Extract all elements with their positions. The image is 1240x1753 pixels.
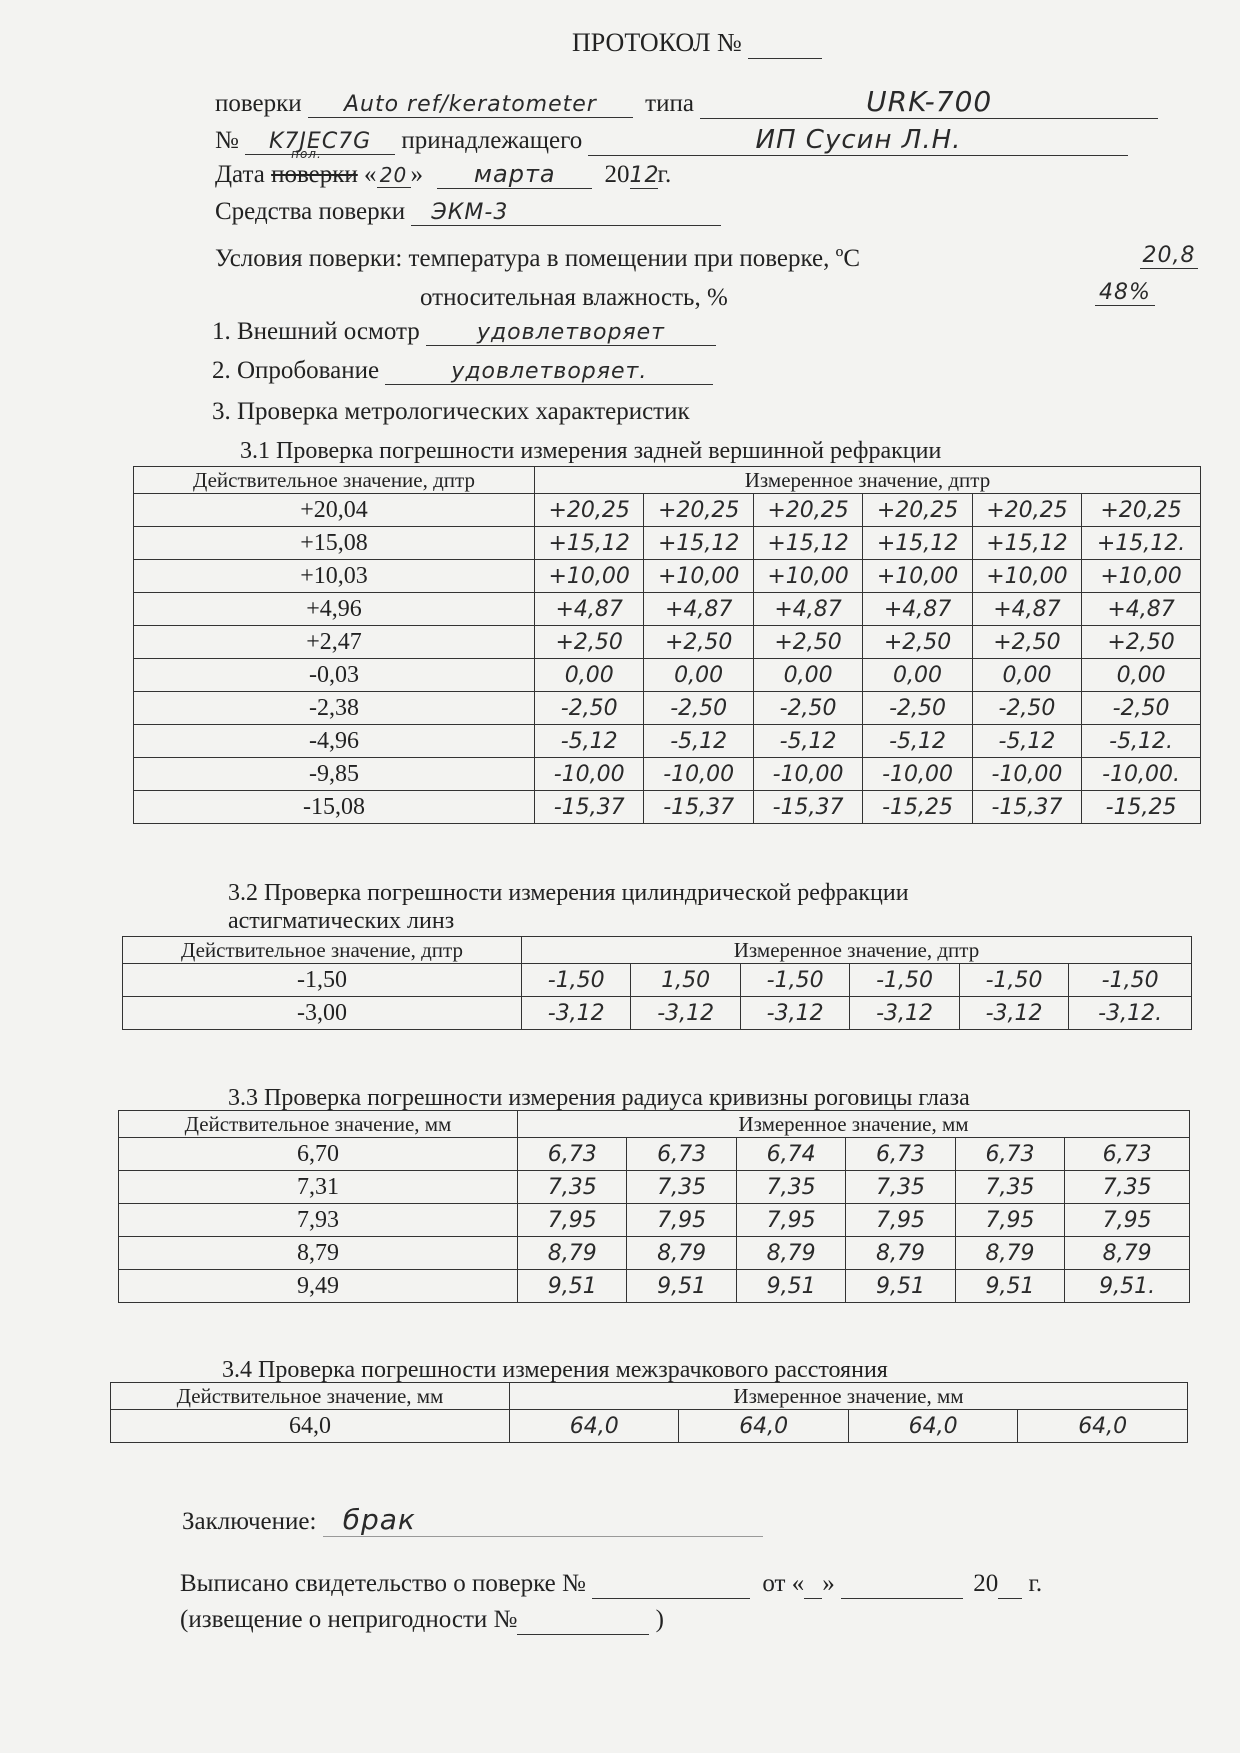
measured-value-cell[interactable]: 0,00 [753,659,862,692]
table-row: +2,47+2,50+2,50+2,50+2,50+2,50+2,50 [134,626,1201,659]
measured-value-cell[interactable]: 7,35 [846,1171,955,1204]
actual-value-cell: -3,00 [123,997,522,1030]
table-rear-vertex-refraction: Действительное значение, дптрИзмеренное … [133,466,1201,824]
unfitness-notice-line: (извещение о непригодности № ) [180,1606,664,1635]
table-row: +20,04+20,25+20,25+20,25+20,25+20,25+20,… [134,494,1201,527]
measured-value-cell[interactable]: -5,12 [863,725,972,758]
means-field[interactable]: ЭКМ-3 [411,200,721,226]
date-month-field[interactable]: марта [437,160,592,189]
measured-value-cell[interactable]: 6,73 [955,1138,1064,1171]
measured-value-cell[interactable]: +4,87 [753,593,862,626]
measured-value-cell[interactable]: 64,0 [1018,1410,1188,1443]
measured-value-cell[interactable]: -3,12 [522,997,631,1030]
conclusion-label: Заключение: [182,1508,316,1535]
item-testing: 2. Опробование удовлетворяет. [212,357,713,385]
conditions-temperature: Условия поверки: температура в помещении… [215,245,860,273]
measured-value-cell[interactable]: 8,79 [1065,1237,1190,1270]
actual-value-header: Действительное значение, мм [111,1383,510,1410]
table-row: -3,00-3,12-3,12-3,12-3,12-3,12-3,12. [123,997,1192,1030]
date-year-unit: г. [658,161,672,188]
measured-value-cell[interactable]: -2,50 [753,692,862,725]
certificate-year-field[interactable] [998,1570,1022,1599]
actual-value-cell: -0,03 [134,659,535,692]
measured-value-cell[interactable]: 6,73 [518,1138,627,1171]
item-external-inspection: 1. Внешний осмотр удовлетворяет [212,318,716,346]
measured-value-cell[interactable]: -2,50 [863,692,972,725]
measured-value-cell[interactable]: 8,79 [518,1237,627,1270]
table-row: 7,937,957,957,957,957,957,95 [119,1204,1190,1237]
measured-value-cell[interactable]: -5,12 [972,725,1081,758]
table-row: 64,064,064,064,064,0 [111,1410,1188,1443]
date-year-field[interactable]: 12 [630,163,658,189]
measured-value-cell[interactable]: +10,00 [753,560,862,593]
actual-value-header: Действительное значение, дптр [123,937,522,964]
serial-owner-line: № K7JEC7G принадлежащего ИП Сусин Л.Н. [215,125,1128,156]
table-row: -2,38-2,50-2,50-2,50-2,50-2,50-2,50 [134,692,1201,725]
table-row: +15,08+15,12+15,12+15,12+15,12+15,12+15,… [134,527,1201,560]
item-label: 1. Внешний осмотр [212,318,420,345]
certificate-year-prefix: 20 [973,1570,998,1597]
table-row: 6,706,736,736,746,736,736,73 [119,1138,1190,1171]
measured-value-cell[interactable]: -3,12. [1069,997,1192,1030]
measured-value-cell[interactable]: 7,95 [955,1204,1064,1237]
measured-value-cell[interactable]: -15,37 [535,791,644,824]
title-text: ПРОТОКОЛ № [572,28,742,57]
measured-value-cell[interactable]: +20,25 [1082,494,1201,527]
table-row: 9,499,519,519,519,519,519,51. [119,1270,1190,1303]
humidity-label: относительная влажность, % [420,284,728,311]
number-label: № [215,127,239,154]
actual-value-cell: +15,08 [134,527,535,560]
actual-value-cell: +4,96 [134,593,535,626]
measured-value-cell[interactable]: -3,12 [740,997,849,1030]
table-row: 7,317,357,357,357,357,357,35 [119,1171,1190,1204]
measured-value-cell[interactable]: +10,00 [1082,560,1201,593]
measured-value-cell[interactable]: 0,00 [644,659,753,692]
measured-value-cell[interactable]: 9,51 [955,1270,1064,1303]
certificate-day-field[interactable] [804,1570,822,1599]
measured-value-cell[interactable]: 1,50 [631,964,740,997]
conclusion-line: Заключение: брак [182,1503,763,1537]
protocol-title: ПРОТОКОЛ № [572,28,822,59]
item-value-field[interactable]: удовлетворяет. [385,359,713,385]
item-label: 2. Опробование [212,357,379,384]
measured-value-cell[interactable]: +15,12 [535,527,644,560]
measured-value-cell[interactable]: +2,50 [644,626,753,659]
measured-value-cell[interactable]: 9,51 [518,1270,627,1303]
section-3-4-title: 3.4 Проверка погрешности измерения межзр… [222,1357,888,1384]
measured-value-cell[interactable]: +2,50 [863,626,972,659]
measured-value-cell[interactable]: 7,35 [955,1171,1064,1204]
date-line: Дата поверки пол. «20» марта 2012г. [215,160,671,189]
date-struck-word: поверки [271,161,358,188]
conditions-humidity: относительная влажность, % [420,284,728,312]
means-line: Средства поверки ЭКМ-3 [215,198,721,226]
measured-value-cell[interactable]: +10,00 [644,560,753,593]
measured-value-cell[interactable]: -2,50 [535,692,644,725]
actual-value-cell: -4,96 [134,725,535,758]
measured-value-cell[interactable]: -5,12. [1082,725,1201,758]
actual-value-cell: +2,47 [134,626,535,659]
actual-value-cell: 7,31 [119,1171,518,1204]
measured-value-cell[interactable]: 0,00 [863,659,972,692]
actual-value-cell: 6,70 [119,1138,518,1171]
conclusion-field[interactable]: брак [323,1503,763,1537]
actual-value-header: Действительное значение, мм [119,1111,518,1138]
actual-value-cell: +10,03 [134,560,535,593]
section-3-1-title: 3.1 Проверка погрешности измерения задне… [240,438,941,465]
measured-value-cell[interactable]: -15,37 [972,791,1081,824]
actual-value-cell: -1,50 [123,964,522,997]
item-value-field[interactable]: удовлетворяет [426,320,716,346]
measured-value-cell[interactable]: 9,51 [846,1270,955,1303]
measured-value-cell[interactable]: -15,37 [644,791,753,824]
section-3-2-title: 3.2 Проверка погрешности измерения цилин… [228,880,909,907]
measured-value-cell[interactable]: -15,25 [863,791,972,824]
measured-value-cell[interactable]: -5,12 [535,725,644,758]
device-line: поверки Auto ref/keratometer типа URK-70… [215,85,1158,119]
paren-close: ) [656,1606,664,1633]
device-type-field[interactable]: URK-700 [700,85,1158,119]
table-row: -1,50-1,501,50-1,50-1,50-1,50-1,50 [123,964,1192,997]
item-label: 3. Проверка метрологических характеристи… [212,398,690,425]
measured-value-cell[interactable]: +4,87 [863,593,972,626]
measured-value-cell[interactable]: 8,79 [627,1237,736,1270]
measured-value-cell[interactable]: +10,00 [972,560,1081,593]
item-metrology-check: 3. Проверка метрологических характеристи… [212,398,690,426]
measured-value-cell[interactable]: +2,50 [535,626,644,659]
measured-value-cell[interactable]: 7,35 [518,1171,627,1204]
humidity-field[interactable]: 48% [1095,280,1155,306]
measured-value-cell[interactable]: +20,25 [863,494,972,527]
measured-value-cell[interactable]: +20,25 [972,494,1081,527]
temperature-value: 20,8 [1143,243,1196,268]
table-header-row: Действительное значение, ммИзмеренное зн… [111,1383,1188,1410]
table-row: -0,030,000,000,000,000,000,00 [134,659,1201,692]
measured-value-cell[interactable]: -3,12 [959,997,1068,1030]
measured-value-cell[interactable]: -15,37 [753,791,862,824]
measured-value-cell[interactable]: 8,79 [955,1237,1064,1270]
section-3-2-title-line2: астигматических линз [228,908,454,935]
measured-value-cell[interactable]: 64,0 [510,1410,679,1443]
measured-value-cell[interactable]: -15,25 [1082,791,1201,824]
actual-value-cell: 64,0 [111,1410,510,1443]
measured-value-cell[interactable]: +15,12 [644,527,753,560]
measured-value-cell[interactable]: 0,00 [972,659,1081,692]
unfitness-label: (извещение о непригодности № [180,1606,517,1633]
measured-value-cell[interactable]: 7,95 [518,1204,627,1237]
certificate-month-field[interactable] [841,1570,963,1599]
measured-value-cell[interactable]: -10,00 [863,758,972,791]
measured-value-cell[interactable]: +15,12. [1082,527,1201,560]
date-year-prefix: 20 [605,161,630,188]
measured-value-cell[interactable]: +4,87 [1082,593,1201,626]
temperature-label: Условия поверки: температура в помещении… [215,245,860,272]
measured-value-cell[interactable]: +20,25 [644,494,753,527]
measured-value-cell[interactable]: -10,00 [644,758,753,791]
actual-value-cell: 8,79 [119,1237,518,1270]
table-header-row: Действительное значение, дптрИзмеренное … [134,467,1201,494]
measured-value-cell[interactable]: -5,12 [753,725,862,758]
measured-value-cell[interactable]: 0,00 [535,659,644,692]
measured-value-cell[interactable]: 8,79 [846,1237,955,1270]
measured-value-cell[interactable]: -2,50 [644,692,753,725]
certificate-from-label: от « [762,1570,804,1597]
measured-value-cell[interactable]: +4,87 [535,593,644,626]
table-cylindrical-refraction: Действительное значение, дптрИзмеренное … [122,936,1192,1030]
date-insert-note: пол. [291,147,322,161]
measured-value-cell[interactable]: 9,51. [1065,1270,1190,1303]
table-header-row: Действительное значение, дптрИзмеренное … [123,937,1192,964]
measured-value-cell[interactable]: -10,00 [972,758,1081,791]
measured-value-cell[interactable]: 7,35 [736,1171,845,1204]
humidity-value: 48% [1099,280,1151,305]
measured-value-cell[interactable]: +10,00 [535,560,644,593]
measured-value-cell[interactable]: 7,35 [1065,1171,1190,1204]
measured-value-header: Измеренное значение, мм [510,1383,1188,1410]
quote-close: » [822,1570,835,1597]
measured-value-cell[interactable]: +4,87 [644,593,753,626]
measured-value-cell[interactable]: 6,73 [846,1138,955,1171]
measured-value-cell[interactable]: 0,00 [1082,659,1201,692]
section-3-3-title: 3.3 Проверка погрешности измерения радиу… [228,1085,970,1112]
measured-value-cell[interactable]: 6,73 [1065,1138,1190,1171]
table-row: -9,85-10,00-10,00-10,00-10,00-10,00-10,0… [134,758,1201,791]
measured-value-header: Измеренное значение, дптр [522,937,1192,964]
certificate-number-field[interactable] [592,1570,750,1599]
measured-value-header: Измеренное значение, дптр [535,467,1201,494]
table-row: +4,96+4,87+4,87+4,87+4,87+4,87+4,87 [134,593,1201,626]
certificate-year-unit: г. [1028,1570,1042,1597]
measured-value-cell[interactable]: -10,00 [535,758,644,791]
measured-value-cell[interactable]: +15,12 [753,527,862,560]
table-row: -15,08-15,37-15,37-15,37-15,25-15,37-15,… [134,791,1201,824]
measured-value-cell[interactable]: +4,87 [972,593,1081,626]
actual-value-cell: -9,85 [134,758,535,791]
actual-value-cell: 7,93 [119,1204,518,1237]
actual-value-cell: 9,49 [119,1270,518,1303]
measured-value-cell[interactable]: 9,51 [627,1270,736,1303]
table-interpupillary-distance: Действительное значение, ммИзмеренное зн… [110,1382,1188,1443]
measured-value-cell[interactable]: -10,00. [1082,758,1201,791]
table-row: +10,03+10,00+10,00+10,00+10,00+10,00+10,… [134,560,1201,593]
measured-value-cell[interactable]: +2,50 [753,626,862,659]
measured-value-cell[interactable]: -2,50 [972,692,1081,725]
table-row: -4,96-5,12-5,12-5,12-5,12-5,12-5,12. [134,725,1201,758]
certificate-line: Выписано свидетельство о поверке № от « … [180,1570,1042,1599]
measured-value-cell[interactable]: 7,95 [846,1204,955,1237]
measured-value-cell[interactable]: -3,12 [850,997,959,1030]
means-label: Средства поверки [215,198,405,225]
measured-value-cell[interactable]: -1,50 [1069,964,1192,997]
date-day-field[interactable]: 20 [377,163,411,188]
measured-value-cell[interactable]: 6,74 [736,1138,845,1171]
measured-value-cell[interactable]: -3,12 [631,997,740,1030]
measured-value-cell[interactable]: 7,35 [627,1171,736,1204]
owner-field[interactable]: ИП Сусин Л.Н. [588,125,1128,156]
measured-value-cell[interactable]: +20,25 [753,494,862,527]
poverki-label: поверки [215,90,302,117]
device-name-field[interactable]: Auto ref/keratometer [308,92,633,118]
measured-value-header: Измеренное значение, мм [518,1111,1190,1138]
measured-value-cell[interactable]: 7,95 [627,1204,736,1237]
measured-value-cell[interactable]: 8,79 [736,1237,845,1270]
actual-value-cell: -15,08 [134,791,535,824]
measured-value-cell[interactable]: 7,95 [1065,1204,1190,1237]
measured-value-cell[interactable]: -1,50 [850,964,959,997]
actual-value-cell: +20,04 [134,494,535,527]
measured-value-cell[interactable]: -2,50 [1082,692,1201,725]
measured-value-cell[interactable]: -1,50 [740,964,849,997]
actual-value-header: Действительное значение, дптр [134,467,535,494]
actual-value-cell: -2,38 [134,692,535,725]
measured-value-cell[interactable]: 64,0 [848,1410,1017,1443]
unfitness-number-field[interactable] [517,1606,649,1635]
measured-value-cell[interactable]: 7,95 [736,1204,845,1237]
date-label: Дата [215,161,265,188]
measured-value-cell[interactable]: +2,50 [972,626,1081,659]
measured-value-cell[interactable]: +2,50 [1082,626,1201,659]
measured-value-cell[interactable]: +10,00 [863,560,972,593]
measured-value-cell[interactable]: +20,25 [535,494,644,527]
measured-value-cell[interactable]: -5,12 [644,725,753,758]
table-corneal-radius: Действительное значение, ммИзмеренное зн… [118,1110,1190,1303]
temperature-field[interactable]: 20,8 [1140,243,1198,269]
certificate-label: Выписано свидетельство о поверке № [180,1570,586,1597]
measured-value-cell[interactable]: -10,00 [753,758,862,791]
measured-value-cell[interactable]: -1,50 [959,964,1068,997]
measured-value-cell[interactable]: 64,0 [679,1410,848,1443]
measured-value-cell[interactable]: -1,50 [522,964,631,997]
measured-value-cell[interactable]: 9,51 [736,1270,845,1303]
measured-value-cell[interactable]: 6,73 [627,1138,736,1171]
type-label: типа [645,90,694,117]
owner-label: принадлежащего [401,127,582,154]
table-header-row: Действительное значение, ммИзмеренное зн… [119,1111,1190,1138]
protocol-number-field[interactable] [748,28,822,59]
measured-value-cell[interactable]: +15,12 [863,527,972,560]
table-row: 8,798,798,798,798,798,798,79 [119,1237,1190,1270]
measured-value-cell[interactable]: +15,12 [972,527,1081,560]
